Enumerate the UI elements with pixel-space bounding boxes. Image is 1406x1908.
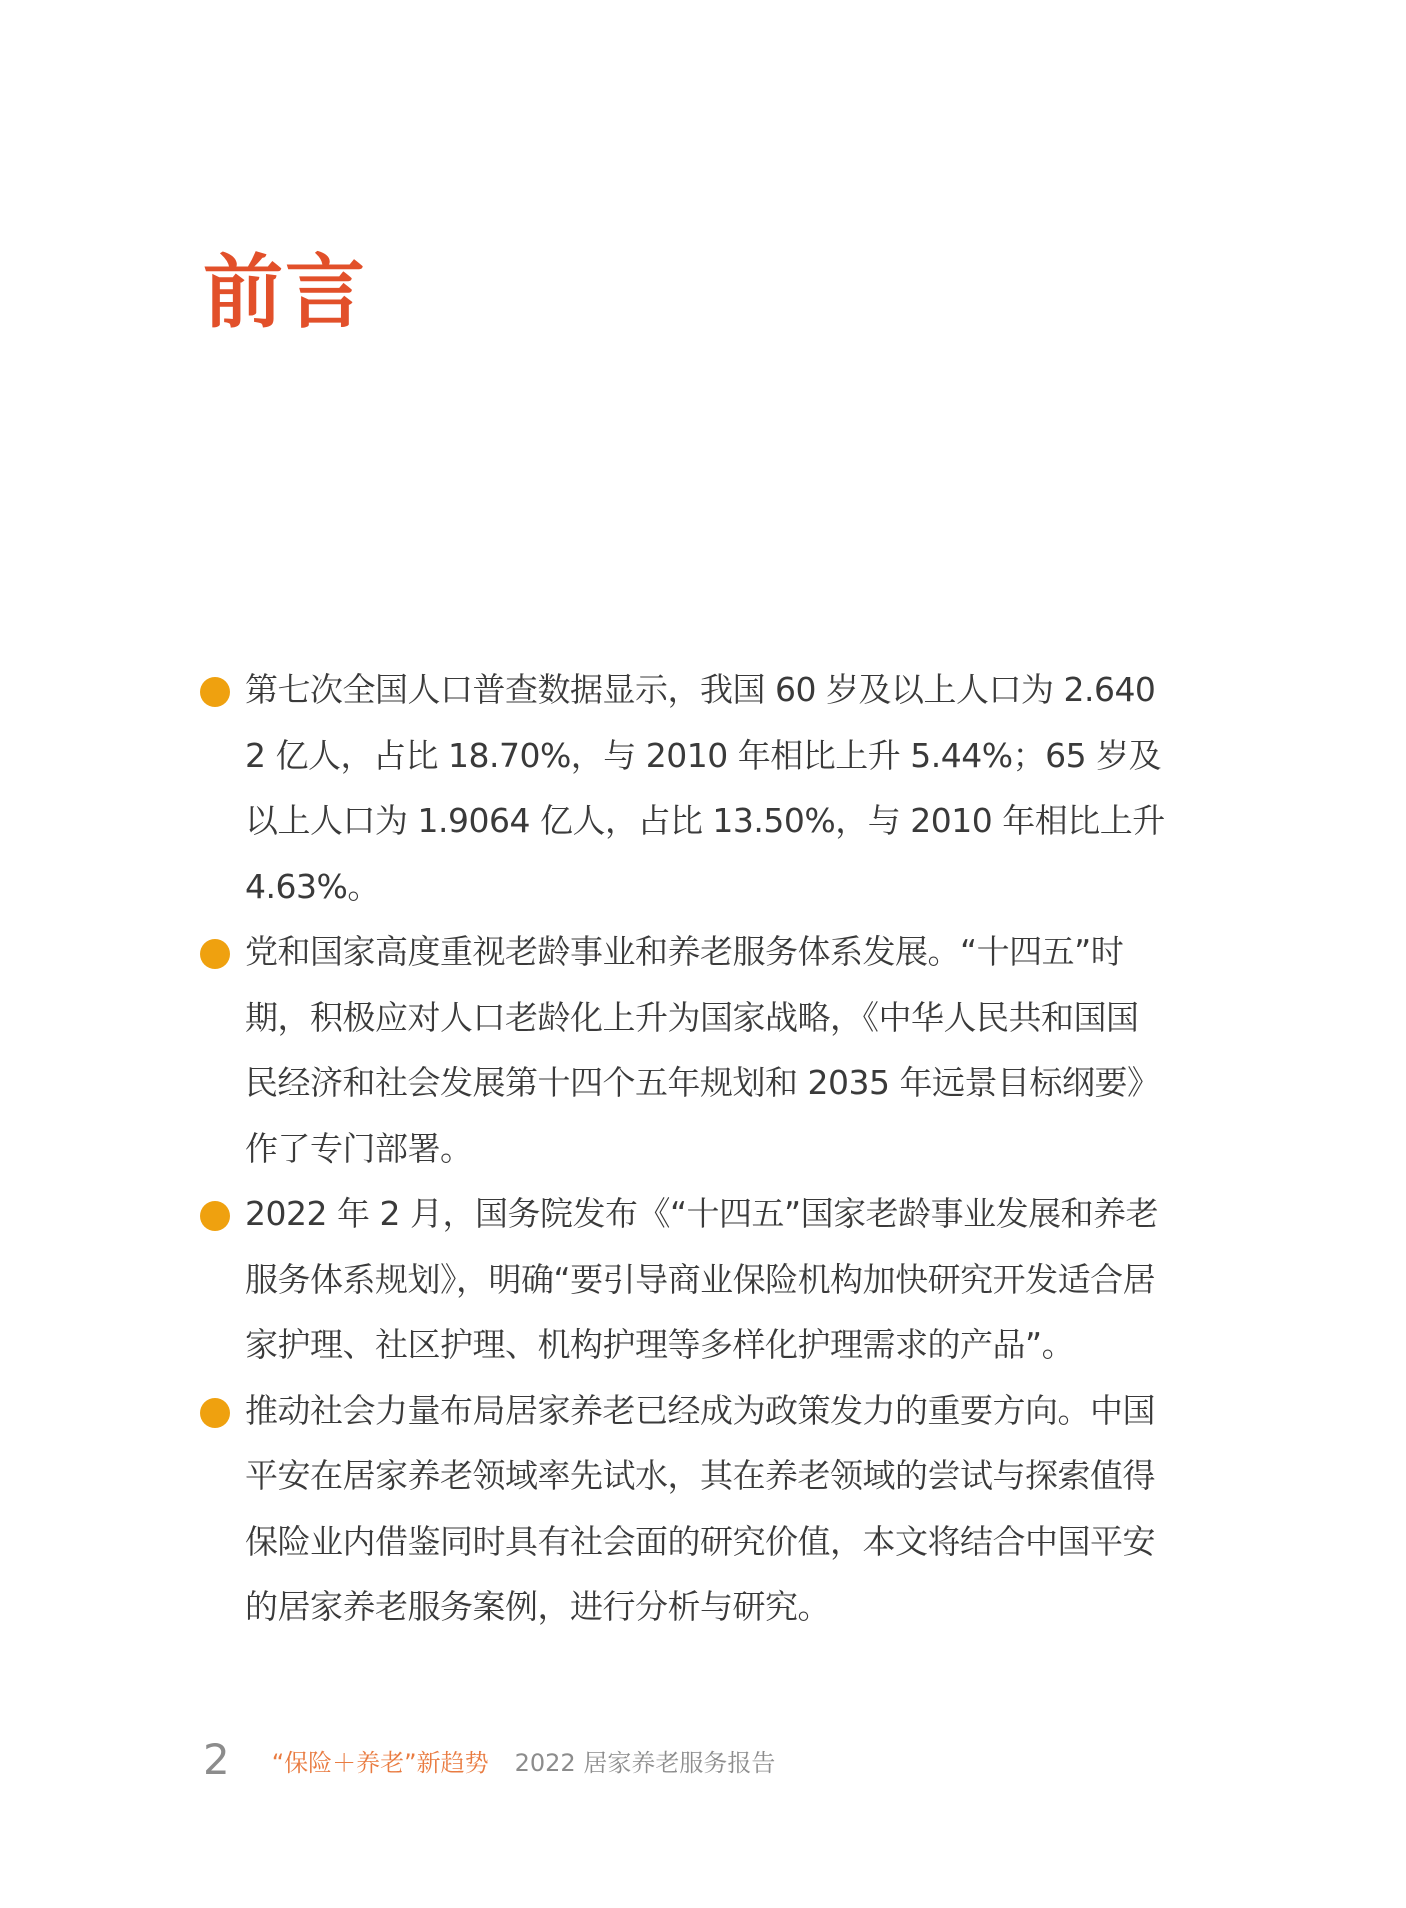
footer-report-title: 2022 居家养老服务报告 — [515, 1743, 776, 1778]
bullet-dot-icon — [200, 1201, 230, 1231]
bullet-dot-icon — [200, 1398, 230, 1428]
footer-brand-tagline: “保险＋养老”新趋势 — [272, 1743, 489, 1778]
list-item: 党和国家高度重视老龄事业和养老服务体系发展。“十四五”时期，积极应对人口老龄化上… — [200, 919, 1200, 1181]
bullet-list: 第七次全国人口普查数据显示，我国 60 岁及以上人口为 2.6402 亿人，占比… — [200, 657, 1200, 1640]
list-item: 推动社会力量布局居家养老已经成为政策发力的重要方向。中国平安在居家养老领域率先试… — [200, 1378, 1200, 1640]
bullet-dot-icon — [200, 939, 230, 969]
page-footer: 2 “保险＋养老”新趋势 2022 居家养老服务报告 — [203, 1735, 775, 1785]
bullet-dot-icon — [200, 677, 230, 707]
bullet-text: 党和国家高度重视老龄事业和养老服务体系发展。“十四五”时期，积极应对人口老龄化上… — [245, 919, 1165, 1181]
bullet-text: 推动社会力量布局居家养老已经成为政策发力的重要方向。中国平安在居家养老领域率先试… — [245, 1378, 1165, 1640]
page-number: 2 — [203, 1735, 230, 1785]
bullet-text: 第七次全国人口普查数据显示，我国 60 岁及以上人口为 2.6402 亿人，占比… — [245, 657, 1165, 919]
bullet-text: 2022 年 2 月，国务院发布《“十四五”国家老龄事业发展和养老服务体系规划》… — [245, 1181, 1165, 1378]
list-item: 第七次全国人口普查数据显示，我国 60 岁及以上人口为 2.6402 亿人，占比… — [200, 657, 1200, 919]
page-title: 前言 — [203, 248, 367, 338]
list-item: 2022 年 2 月，国务院发布《“十四五”国家老龄事业发展和养老服务体系规划》… — [200, 1181, 1200, 1378]
